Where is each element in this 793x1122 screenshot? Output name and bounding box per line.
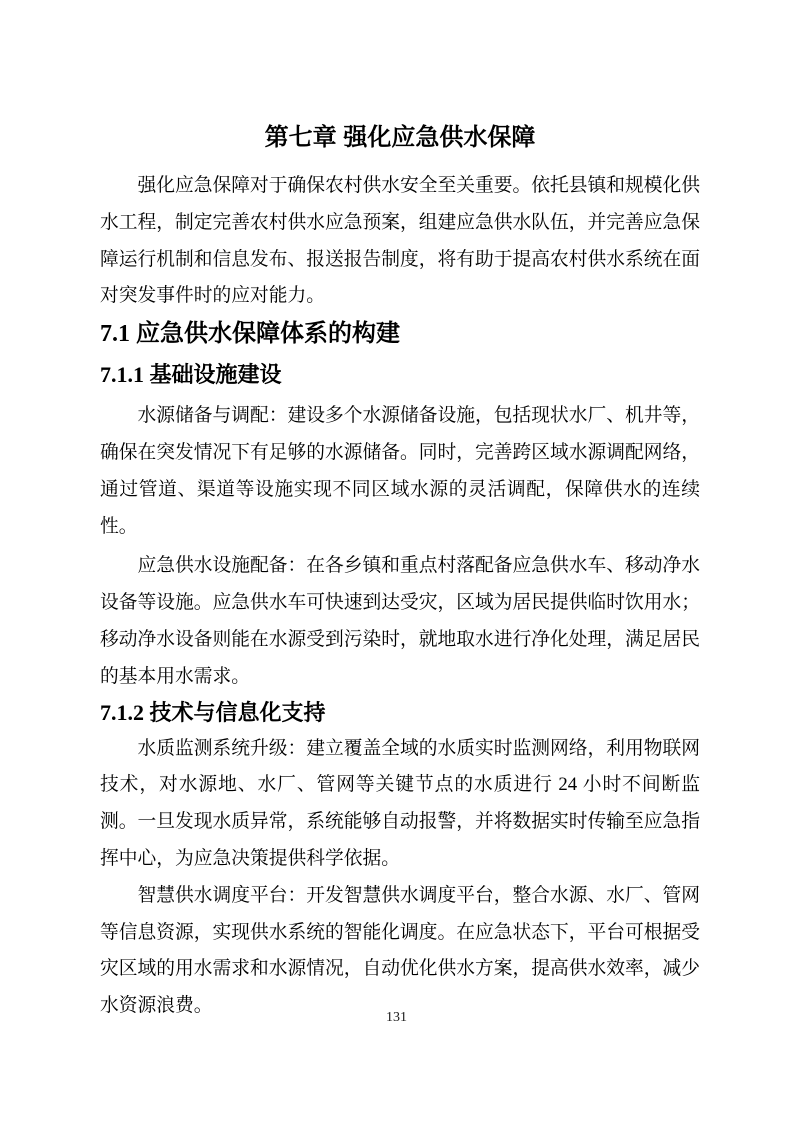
chapter-title: 第七章 强化应急供水保障: [100, 122, 700, 154]
paragraph-emergency-equipment: 应急供水设施配备：在各乡镇和重点村落配备应急供水车、移动净水设备等设施。应急供水…: [100, 548, 700, 695]
section-heading-7-1: 7.1 应急供水保障体系的构建: [100, 319, 700, 349]
paragraph-smart-dispatch: 智慧供水调度平台：开发智慧供水调度平台，整合水源、水厂、管网等信息资源，实现供水…: [100, 878, 700, 1025]
document-page: 第七章 强化应急供水保障 强化应急保障对于确保农村供水安全至关重要。依托县镇和规…: [0, 0, 793, 1122]
subsection-heading-7-1-2: 7.1.2 技术与信息化支持: [100, 699, 700, 727]
subsection-heading-7-1-1: 7.1.1 基础设施建设: [100, 361, 700, 389]
paragraph-water-reserve: 水源储备与调配：建设多个水源储备设施，包括现状水厂、机井等，确保在突发情况下有足…: [100, 398, 700, 545]
page-number: 131: [0, 1008, 793, 1028]
document-content: 第七章 强化应急供水保障 强化应急保障对于确保农村供水安全至关重要。依托县镇和规…: [100, 0, 700, 1025]
intro-paragraph: 强化应急保障对于确保农村供水安全至关重要。依托县镇和规模化供水工程，制定完善农村…: [100, 168, 700, 315]
paragraph-water-quality-monitoring: 水质监测系统升级：建立覆盖全域的水质实时监测网络，利用物联网技术，对水源地、水厂…: [100, 731, 700, 878]
